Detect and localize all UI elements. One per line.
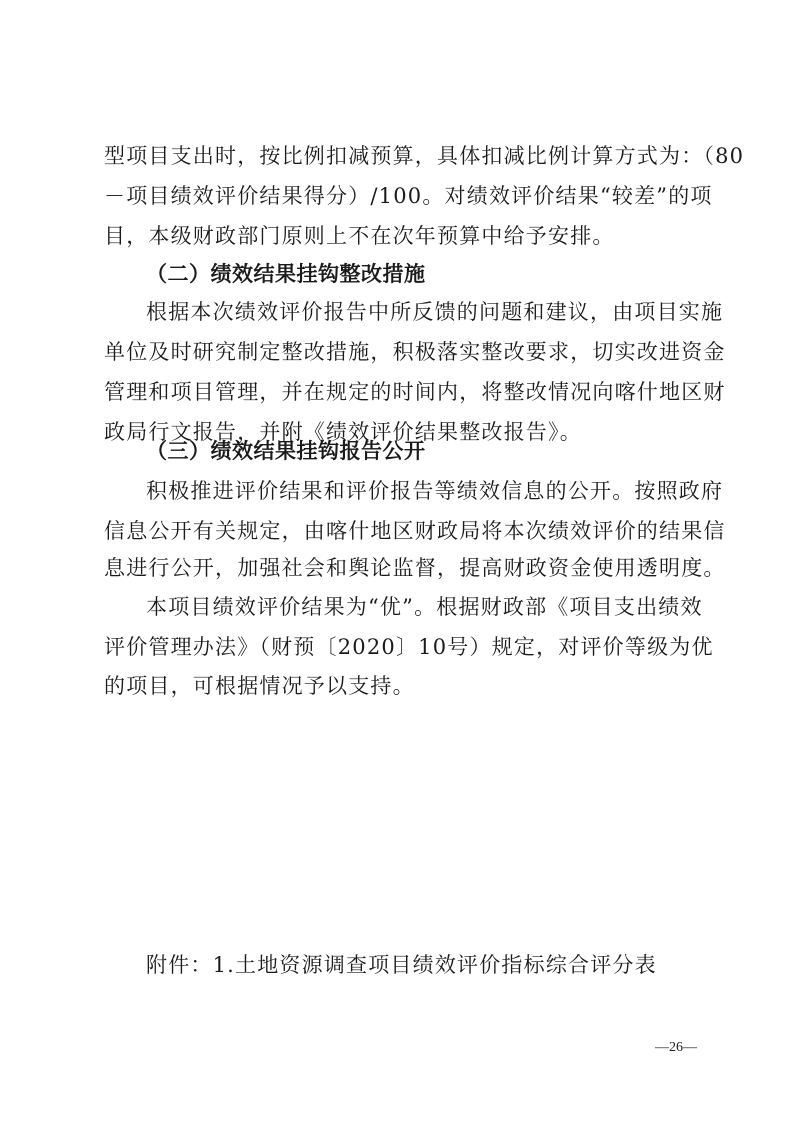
paragraph-line: 根据本次绩效评价报告中所反馈的问题和建议，由项目实施 [146, 297, 690, 327]
page-number: —26— [655, 1040, 697, 1056]
paragraph-line: 的项目，可根据情况予以支持。 [104, 671, 690, 701]
paragraph-line: 目，本级财政部门原则上不在次年预算中给予安排。 [104, 221, 690, 251]
section-heading-2: （二）绩效结果挂钩整改措施 [146, 259, 690, 289]
document-page: 型项目支出时，按比例扣减预算，具体扣减比例计算方式为：（80 －项目绩效评价结果… [0, 0, 793, 1122]
paragraph-line: 单位及时研究制定整改措施，积极落实整改要求，切实改进资金 [104, 337, 690, 367]
section-heading-3: （三）绩效结果挂钩报告公开 [146, 436, 690, 466]
paragraph-line: 管理和项目管理，并在规定的时间内，将整改情况向喀什地区财 [104, 377, 690, 407]
paragraph-line: 息进行公开，加强社会和舆论监督，提高财政资金使用透明度。 [104, 553, 690, 583]
paragraph-line: 积极推进评价结果和评价报告等绩效信息的公开。按照政府 [146, 476, 690, 506]
attachment-note: 附件：1.土地资源调查项目绩效评价指标综合评分表 [146, 950, 732, 980]
paragraph-line: 型项目支出时，按比例扣减预算，具体扣减比例计算方式为：（80 [104, 141, 690, 171]
paragraph-line: 信息公开有关规定，由喀什地区财政局将本次绩效评价的结果信 [104, 516, 690, 546]
paragraph-line: －项目绩效评价结果得分）/100。对绩效评价结果“较差”的项 [104, 181, 690, 211]
paragraph-line: 本项目绩效评价结果为“优”。根据财政部《项目支出绩效 [146, 592, 690, 622]
paragraph-line: 评价管理办法》（财预〔2020〕10号）规定，对评价等级为优 [104, 632, 690, 662]
